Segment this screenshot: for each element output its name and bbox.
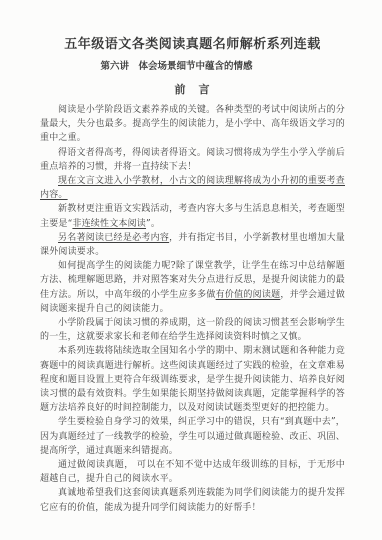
preface-paragraph: 小学阶段属于阅读习惯的养成期，这一阶段的阅读习惯甚至会影响学生的一生，这就要求家… [40,316,345,344]
preface-paragraph: 得语文者得高考，得阅读者得语文。阅读习惯将成为学生小学入学前后重点培养的习惯，并… [40,146,345,174]
text-run: 真诚地希望我们这套阅读真题系列连载能为同学们阅读能力的提升发挥它应有的价值，能成… [40,488,345,512]
preface-paragraph: 另名著阅读已经是必考内容，并有指定书目，小学新教材里也增加大量课外阅读要求。 [40,231,345,259]
preface-body: 阅读是小学阶段语文素养养成的关键。各种类型的考试中阅读所占的分量最大，失分也最多… [40,103,345,515]
preface-paragraph: 新教材更注重语文实践活动，考查内容大多与生活息息相关，考查题型主要是“非连续性文… [40,202,345,230]
document-page: 五年级语文各类阅读真题名师解析系列连载 第六讲 体会场景细节中蕴含的情感 前 言… [0,0,382,540]
preface-paragraph: 现在文言文进入小学教材，小古文的阅读理解将成为小升初的重要考查内容。 [40,174,345,202]
preface-paragraph: 本系列连载将陆续选取全国知名小学的期中、期末测试题和各种能力竞赛题中的阅读真题进… [40,344,345,415]
text-run: ”。 [146,219,160,229]
underlined-text: 现在文言文进入小学教材，小古文的阅读理解将成为小升初的重要考查内容。 [40,176,345,200]
lecture-subtitle: 第六讲 体会场景细节中蕴含的情感 [24,61,329,73]
text-run: 得语文者得高考，得阅读者得语文。阅读习惯将成为学生小学入学前后重点培养的习惯，并… [40,148,345,172]
preface-paragraph: 真诚地希望我们这套阅读真题系列连载能为同学们阅读能力的提升发挥它应有的价值，能成… [40,486,345,514]
text-run: 阅读是小学阶段语文素养养成的关键。各种类型的考试中阅读所占的分量最大，失分也最多… [40,105,345,143]
underlined-text: 有价值的阅读题 [216,290,281,300]
text-run: 本系列连载将陆续选取全国知名小学的期中、期末测试题和各种能力竞赛题中的阅读真题进… [40,346,345,413]
preface-heading: 前 言 [40,83,345,97]
document-title: 五年级语文各类阅读真题名师解析系列连载 [40,36,345,53]
text-run: 通过做阅读真题， 可以在不知不觉中达成年级训练的目标，于无形中超越自己，提升自己… [40,460,345,484]
preface-paragraph: 如何提高学生的阅读能力呢?除了课堂教学，让学生在练习中总结解题方法、梳理解题思路… [40,259,345,316]
preface-paragraph: 通过做阅读真题， 可以在不知不觉中达成年级训练的目标，于无形中超越自己，提升自己… [40,458,345,486]
text-run: 小学阶段属于阅读习惯的养成期，这一阶段的阅读习惯甚至会影响学生的一生，这就要求家… [40,318,345,342]
underlined-text: 另名著阅读已经是必考内容 [58,233,169,243]
preface-paragraph: 学生要检验自身学习的效果，纠正学习中的错误，只有“到真题中去”，因为真题经过了一… [40,415,345,458]
underlined-text: 非连续性文本阅读 [72,219,146,229]
text-run: 学生要检验自身学习的效果，纠正学习中的错误，只有“到真题中去”，因为真题经过了一… [40,417,345,455]
preface-paragraph: 阅读是小学阶段语文素养养成的关键。各种类型的考试中阅读所占的分量最大，失分也最多… [40,103,345,146]
